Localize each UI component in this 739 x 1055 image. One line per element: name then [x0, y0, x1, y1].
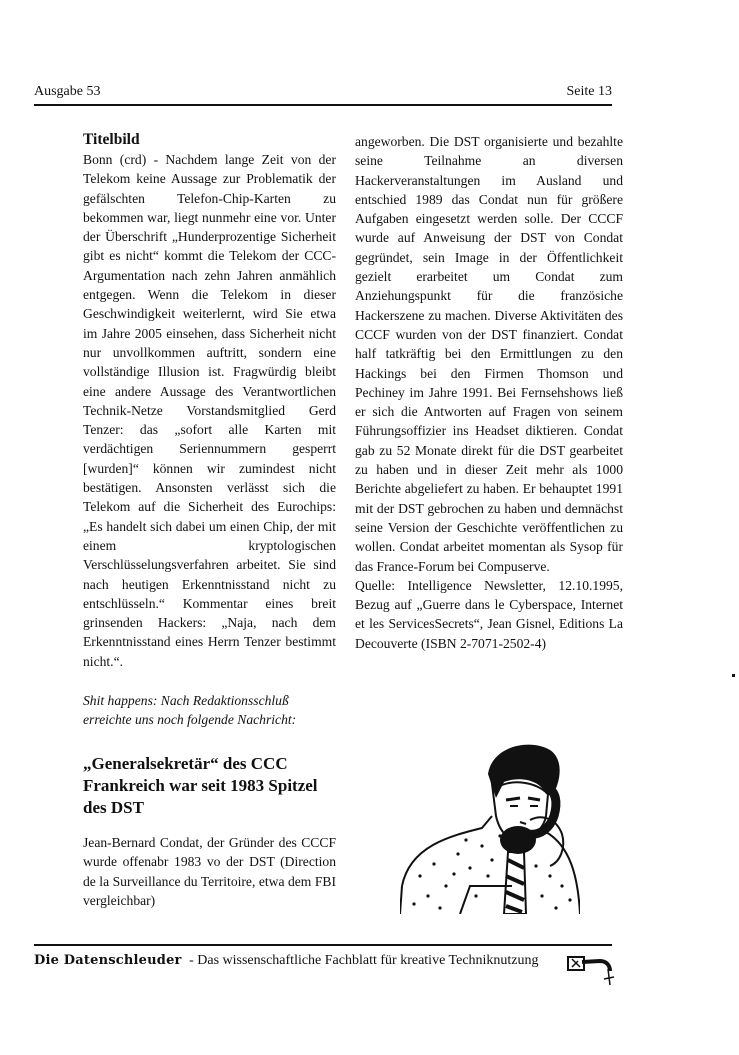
article-continued: angeworben. Die DST organisierte und bez…: [355, 132, 623, 576]
header-rule: [34, 104, 612, 106]
article-source: Quelle: Intelligence Newsletter, 12.10.1…: [355, 576, 623, 653]
page-footer: Die Datenschleuder - Das wissenschaftlic…: [34, 953, 612, 979]
datenschleuder-logo-icon: [566, 953, 616, 987]
tagline: - Das wissenschaftliche Fachblatt für kr…: [189, 953, 538, 968]
footer-rule: [34, 944, 612, 946]
issue-number: Ausgabe 53: [34, 84, 101, 100]
masthead: Die Datenschleuder: [34, 953, 182, 968]
editor-note: Shit happens: Nach Redaktionsschluß erre…: [83, 691, 336, 729]
right-column: angeworben. Die DST organisierte und bez…: [355, 132, 623, 653]
scan-artifact: [732, 674, 735, 677]
article-headline: „Generalsekretär“ des CCC Frankreich war…: [83, 753, 336, 819]
section-title: Titelbild: [83, 130, 336, 150]
titelbild-body: Bonn (crd) - Nachdem lange Zeit von der …: [83, 150, 336, 671]
man-on-telephone-illustration: [400, 736, 580, 914]
left-column: Titelbild Bonn (crd) - Nachdem lange Zei…: [83, 130, 336, 910]
page-number: Seite 13: [567, 84, 613, 100]
article-start: Jean-Bernard Condat, der Gründer des CCC…: [83, 833, 336, 910]
page-header: Ausgabe 53 Seite 13: [34, 84, 612, 102]
